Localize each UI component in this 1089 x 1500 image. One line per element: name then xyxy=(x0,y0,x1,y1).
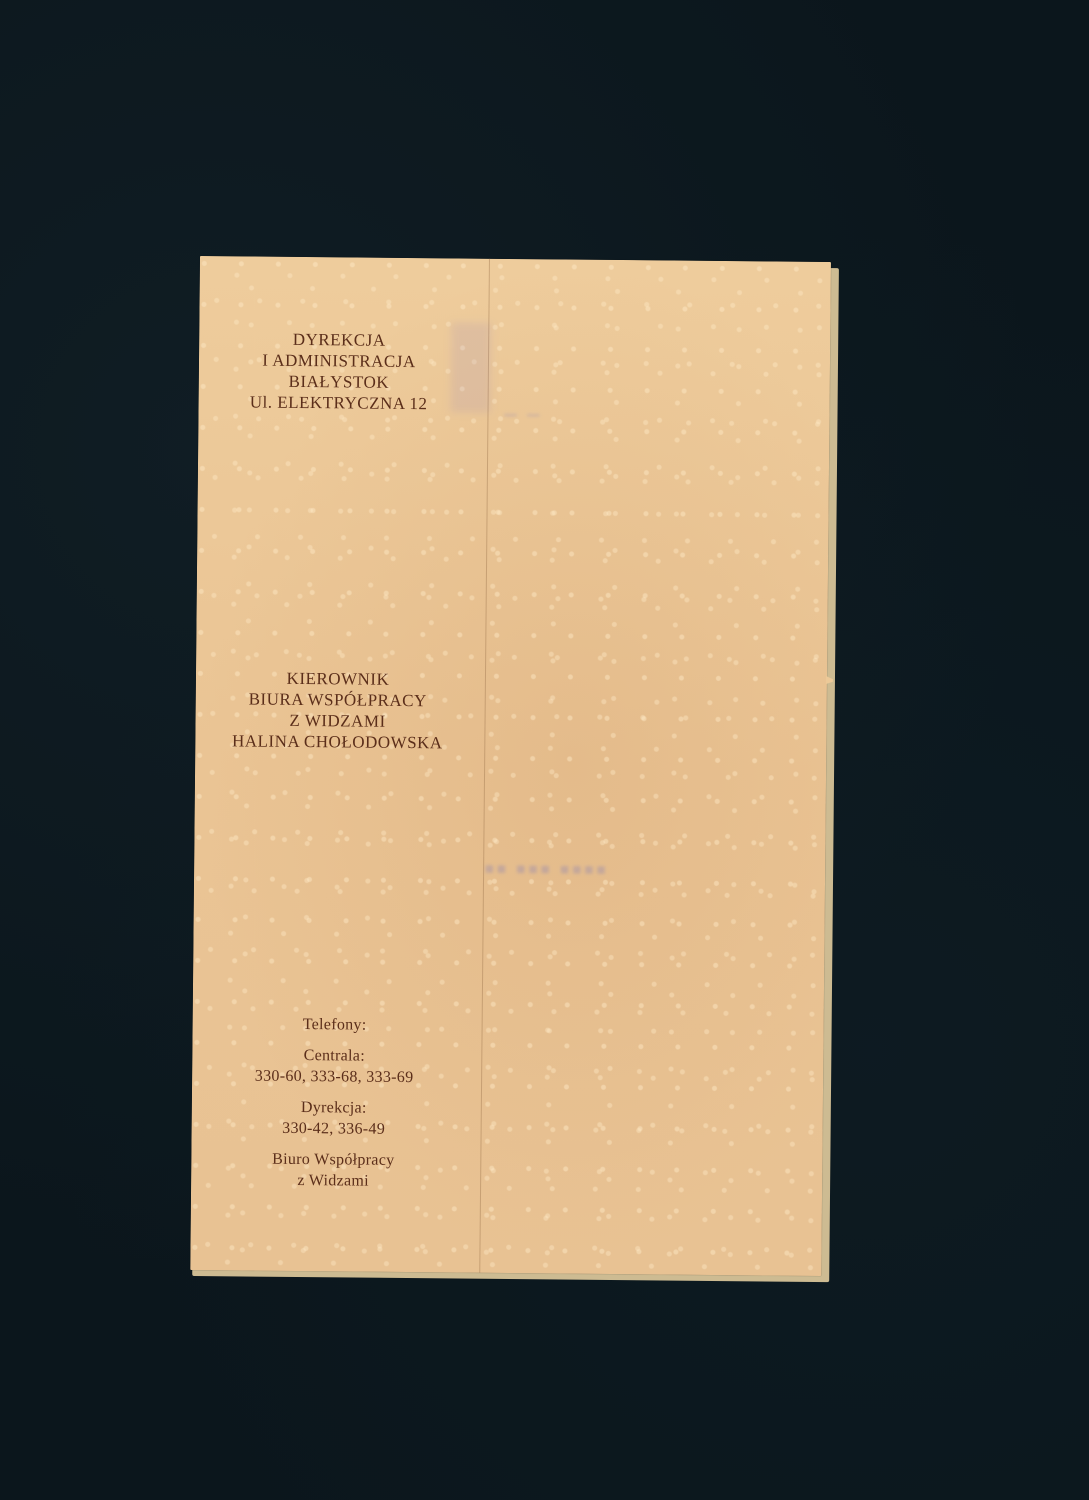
faded-stamp-middle: ▪▪ ▪▪▪ ▪▪▪▪ xyxy=(484,859,608,878)
biuro-label: Biuro Współpracy xyxy=(215,1148,451,1171)
address-block: DYREKCJA I ADMINISTRACJA BIAŁYSTOK Ul. E… xyxy=(219,328,460,414)
address-line: BIAŁYSTOK xyxy=(219,370,459,393)
faded-stamp-top: — — xyxy=(503,407,542,423)
manager-title-line: BIURA WSPÓŁPRACY xyxy=(208,688,468,711)
phones-heading: Telefony: xyxy=(217,1013,453,1036)
dyrekcja-numbers: 330-42, 336-49 xyxy=(216,1117,452,1140)
centrala-numbers: 330-60, 333-68, 333-69 xyxy=(216,1065,452,1088)
manager-title-line: KIEROWNIK xyxy=(208,667,468,690)
address-line: DYREKCJA xyxy=(219,328,459,351)
address-line: I ADMINISTRACJA xyxy=(219,349,459,372)
biuro-label-cont: z Widzami xyxy=(215,1169,451,1192)
manager-name: HALINA CHOŁODOWSKA xyxy=(207,730,467,753)
dyrekcja-label: Dyrekcja: xyxy=(216,1096,452,1119)
centrala-label: Centrala: xyxy=(216,1044,452,1067)
address-line: Ul. ELEKTRYCZNA 12 xyxy=(219,391,459,414)
manager-block: KIEROWNIK BIURA WSPÓŁPRACY Z WIDZAMI HAL… xyxy=(207,667,468,753)
phones-block: Telefony: Centrala: 330-60, 333-68, 333-… xyxy=(215,1013,453,1192)
card-face: — — ▪▪ ▪▪▪ ▪▪▪▪ DYREKCJA I ADMINISTRACJA… xyxy=(190,256,831,1276)
document-card: — — ▪▪ ▪▪▪ ▪▪▪▪ DYREKCJA I ADMINISTRACJA… xyxy=(190,256,831,1276)
manager-title-line: Z WIDZAMI xyxy=(207,709,467,732)
